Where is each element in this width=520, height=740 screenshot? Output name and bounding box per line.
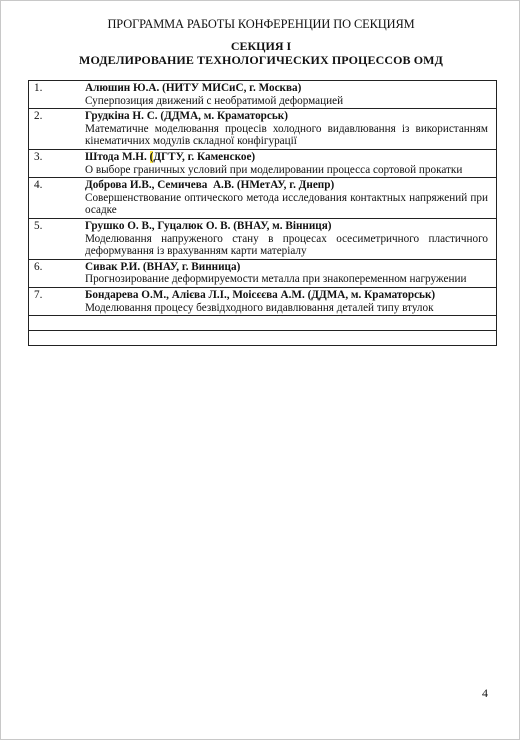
entry-body: Доброва И.В., Семичева А.В. (НМетАУ, г. … [85, 178, 497, 219]
entry-number: 5. [29, 218, 86, 259]
entry-number: 4. [29, 178, 86, 219]
program-table: 1. Алюшин Ю.А. (НИТУ МИСиС, г. Москва) С… [28, 80, 497, 346]
entry-topic: Суперпозиция движений с необратимой дефо… [85, 95, 488, 108]
entry-authors: Грудкіна Н. С. (ДДМА, м. Краматорськ) [85, 110, 488, 123]
entry-authors: Штода М.Н. (ДГТУ, г. Каменское) [85, 151, 488, 164]
entry-topic: О выборе граничных условий при моделиров… [85, 164, 488, 177]
section-subtitle: МОДЕЛИРОВАНИЕ ТЕХНОЛОГИЧЕСКИХ ПРОЦЕССОВ … [1, 53, 520, 67]
entry-number: 6. [29, 259, 86, 287]
empty-table-row [29, 316, 497, 331]
entry-body: Грудкіна Н. С. (ДДМА, м. Краматорськ) Ма… [85, 109, 497, 150]
table-row: 3. Штода М.Н. (ДГТУ, г. Каменское) О выб… [29, 149, 497, 177]
empty-cell [85, 316, 497, 331]
authors-text: ДГТУ, г. Каменское) [153, 151, 255, 163]
entry-topic: Моделювання процесу безвідходного видавл… [85, 302, 488, 315]
entry-number: 2. [29, 109, 86, 150]
table-row: 6. Сивак Р.И. (ВНАУ, г. Винница) Прогноз… [29, 259, 497, 287]
table-row: 2. Грудкіна Н. С. (ДДМА, м. Краматорськ)… [29, 109, 497, 150]
table-row: 1. Алюшин Ю.А. (НИТУ МИСиС, г. Москва) С… [29, 81, 497, 109]
section-title: СЕКЦИЯ I [1, 39, 520, 53]
entry-topic: Моделювання напруженого стану в процесах… [85, 233, 488, 258]
entry-authors: Грушко О. В., Гуцалюк О. В. (ВНАУ, м. Ві… [85, 220, 488, 233]
entry-topic: Математичне моделювання процесів холодно… [85, 123, 488, 148]
entry-number: 3. [29, 149, 86, 177]
empty-cell [85, 331, 497, 346]
entry-authors: Сивак Р.И. (ВНАУ, г. Винница) [85, 261, 488, 274]
entry-body: Бондарева О.М., Алієва Л.І., Моісєєва А.… [85, 287, 497, 315]
entry-authors: Доброва И.В., Семичева А.В. (НМетАУ, г. … [85, 179, 488, 192]
entry-topic: Совершенствование оптического метода исс… [85, 192, 488, 217]
entry-body: Грушко О. В., Гуцалюк О. В. (ВНАУ, м. Ві… [85, 218, 497, 259]
table-row: 5. Грушко О. В., Гуцалюк О. В. (ВНАУ, м.… [29, 218, 497, 259]
entry-body: Сивак Р.И. (ВНАУ, г. Винница) Прогнозиро… [85, 259, 497, 287]
entry-authors: Алюшин Ю.А. (НИТУ МИСиС, г. Москва) [85, 82, 488, 95]
entry-authors: Бондарева О.М., Алієва Л.І., Моісєєва А.… [85, 289, 488, 302]
empty-cell [29, 316, 86, 331]
program-title: ПРОГРАММА РАБОТЫ КОНФЕРЕНЦИИ ПО СЕКЦИЯМ [1, 17, 520, 32]
table-row: 4. Доброва И.В., Семичева А.В. (НМетАУ, … [29, 178, 497, 219]
table-row: 7. Бондарева О.М., Алієва Л.І., Моісєєва… [29, 287, 497, 315]
entry-topic: Прогнозирование деформируемости металла … [85, 273, 488, 286]
empty-table-row [29, 331, 497, 346]
empty-cell [29, 331, 86, 346]
page-number: 4 [482, 686, 488, 701]
authors-text: Штода М.Н. [85, 151, 150, 163]
entry-body: Штода М.Н. (ДГТУ, г. Каменское) О выборе… [85, 149, 497, 177]
document-page: ПРОГРАММА РАБОТЫ КОНФЕРЕНЦИИ ПО СЕКЦИЯМ … [0, 0, 520, 740]
entry-body: Алюшин Ю.А. (НИТУ МИСиС, г. Москва) Супе… [85, 81, 497, 109]
entry-number: 7. [29, 287, 86, 315]
entry-number: 1. [29, 81, 86, 109]
